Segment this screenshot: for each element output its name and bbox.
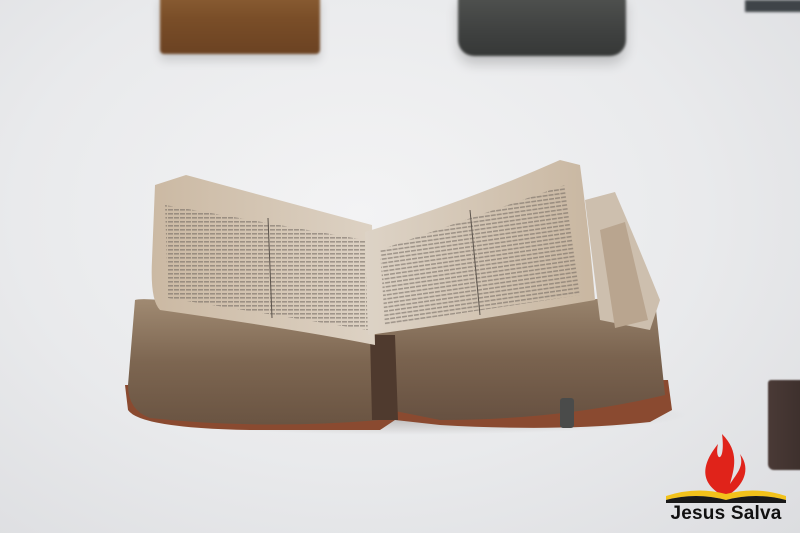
photo-scene: Jesus Salva — [0, 0, 800, 533]
watermark-text: Jesus Salva — [656, 503, 796, 525]
book-clasp — [560, 398, 574, 428]
flame-bible-icon — [656, 424, 796, 504]
watermark-logo: Jesus Salva — [656, 424, 796, 529]
